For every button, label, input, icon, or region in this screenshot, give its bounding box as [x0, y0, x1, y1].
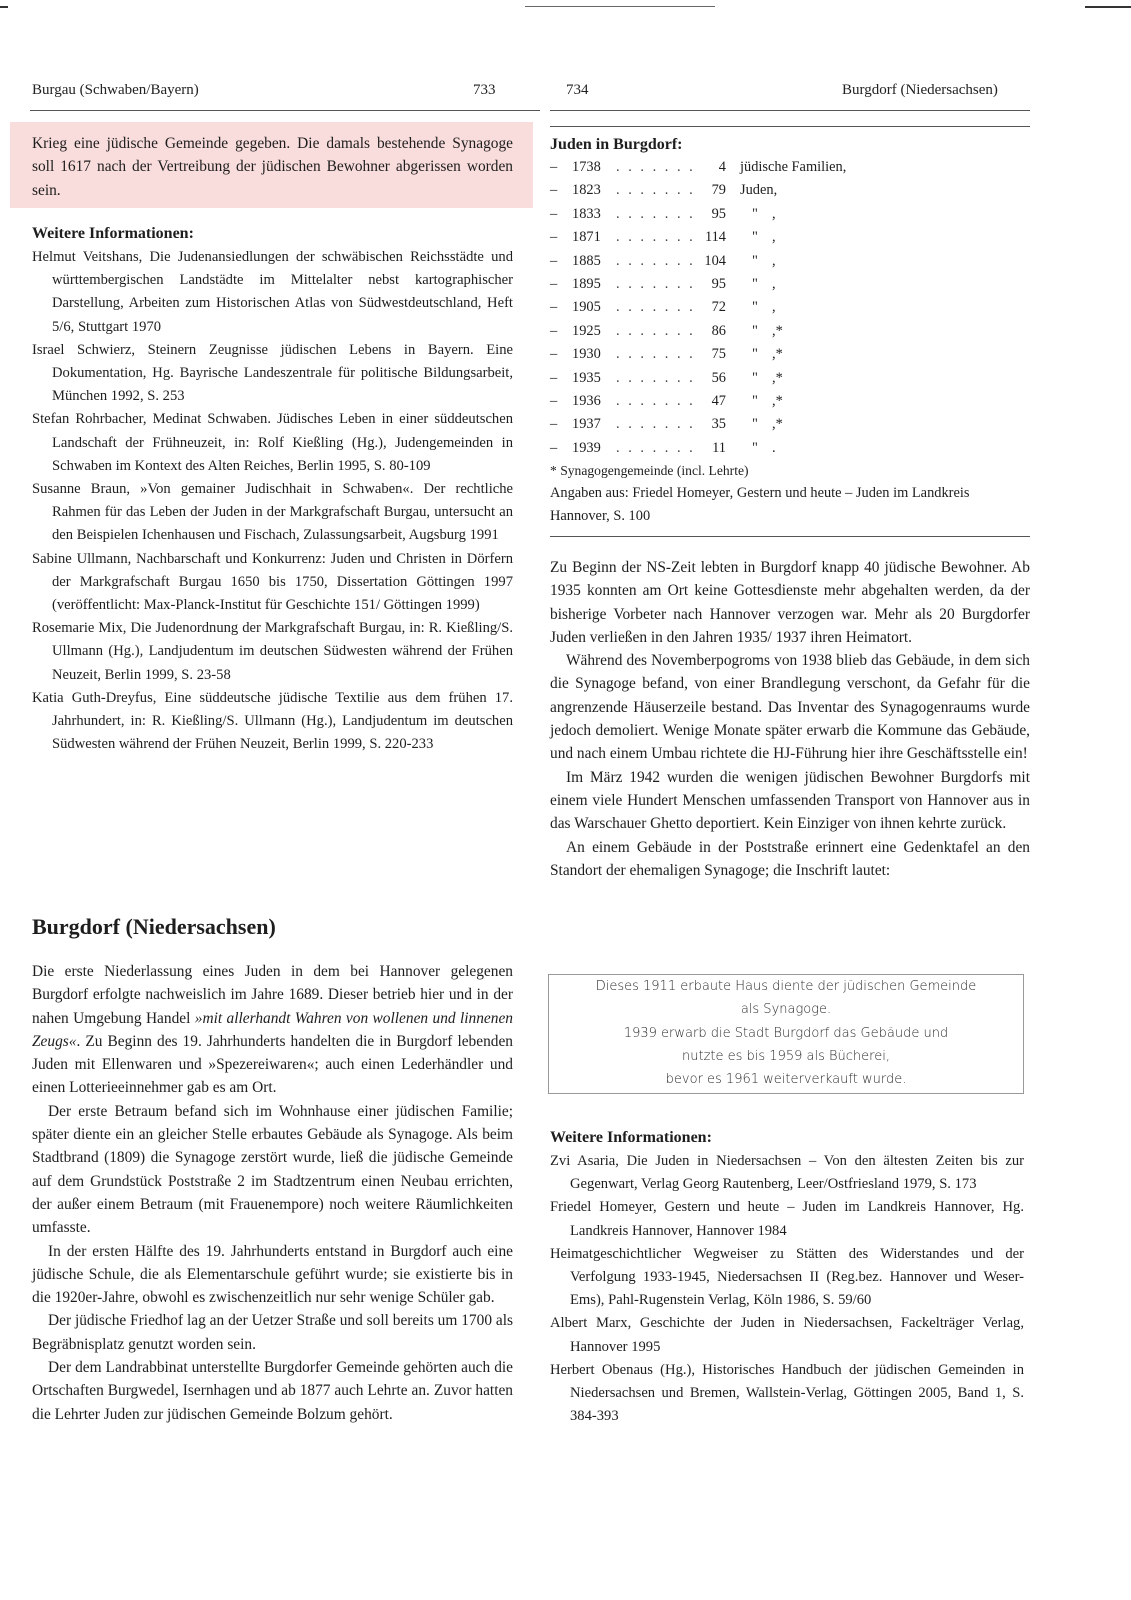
stat-year: 1930 — [572, 343, 616, 366]
stat-value: 95 — [696, 273, 726, 296]
stat-value: 72 — [696, 296, 726, 319]
stat-row: –1937. . . . . . . . . . .35",* — [550, 413, 1030, 436]
stat-mark: ,* — [772, 367, 786, 390]
body-paragraph: Zu Beginn der NS-Zeit lebten in Burgdorf… — [550, 556, 1030, 649]
stat-year: 1833 — [572, 203, 616, 226]
further-info-right: Weitere Informationen: Zvi Asaria, Die J… — [550, 1126, 1024, 1428]
reference-item: Stefan Rohrbacher, Medinat Schwaben. Jüd… — [32, 408, 513, 478]
stat-value: 75 — [696, 343, 726, 366]
leader-dots: . . . . . . . . . . . — [616, 390, 696, 413]
memorial-inscription: Dieses 1911 erbaute Haus diente der jüdi… — [548, 974, 1024, 1094]
stat-value: 114 — [696, 226, 726, 249]
body-paragraph: In der ersten Hälfte des 19. Jahrhundert… — [32, 1240, 513, 1310]
ditto-mark: " — [752, 203, 772, 226]
dash: – — [550, 296, 572, 319]
ditto-mark: " — [752, 390, 772, 413]
stat-row: –1936. . . . . . . . . . .47",* — [550, 390, 1030, 413]
stat-year: 1885 — [572, 250, 616, 273]
leader-dots: . . . . . . . . . . . — [616, 156, 696, 179]
stat-row: –1905. . . . . . . . . . .72", — [550, 296, 1030, 319]
body-paragraph: Der erste Betraum befand sich im Wohnhau… — [32, 1100, 513, 1240]
stat-row: –1823. . . . . . . . . . .79Juden, — [550, 179, 1030, 202]
body-text-left: Die erste Niederlassung eines Juden in d… — [32, 960, 513, 1426]
header-rule — [30, 110, 540, 111]
stat-year: 1738 — [572, 156, 616, 179]
ditto-mark: " — [752, 273, 772, 296]
stat-mark: , — [772, 250, 786, 273]
ditto-mark: " — [752, 320, 772, 343]
reference-item: Rosemarie Mix, Die Judenordnung der Mark… — [32, 617, 513, 687]
stat-value: 35 — [696, 413, 726, 436]
reference-item: Sabine Ullmann, Nachbarschaft und Konkur… — [32, 548, 513, 618]
stat-year: 1937 — [572, 413, 616, 436]
reference-item: Zvi Asaria, Die Juden in Niedersachsen –… — [550, 1150, 1024, 1196]
dash: – — [550, 179, 572, 202]
stat-row: –1895. . . . . . . . . . .95", — [550, 273, 1030, 296]
stat-value: 79 — [696, 179, 726, 202]
stat-mark: , — [772, 226, 786, 249]
running-head-left: Burgau (Schwaben/Bayern) — [32, 82, 199, 99]
leader-dots: . . . . . . . . . . . — [616, 296, 696, 319]
dash: – — [550, 203, 572, 226]
stat-row: –1885. . . . . . . . . . .104", — [550, 250, 1030, 273]
stat-year: 1939 — [572, 437, 616, 460]
stat-row: –1833. . . . . . . . . . .95", — [550, 203, 1030, 226]
reference-item: Helmut Veitshans, Die Judenansiedlungen … — [32, 246, 513, 339]
stat-row: –1930. . . . . . . . . . .75",* — [550, 343, 1030, 366]
ditto-mark: " — [752, 250, 772, 273]
dash: – — [550, 343, 572, 366]
stat-value: 4 — [696, 156, 726, 179]
stat-mark: ,* — [772, 413, 786, 436]
leader-dots: . . . . . . . . . . . — [616, 413, 696, 436]
population-stats: Juden in Burgdorf: –1738. . . . . . . . … — [550, 134, 1030, 529]
stat-unit: jüdische Familien, — [740, 156, 846, 179]
stat-year: 1925 — [572, 320, 616, 343]
reference-item: Herbert Obenaus (Hg.), Historisches Hand… — [550, 1359, 1024, 1429]
stat-mark: , — [772, 273, 786, 296]
leader-dots: . . . . . . . . . . . — [616, 179, 696, 202]
body-paragraph: Der jüdische Friedhof lag an der Uetzer … — [32, 1309, 513, 1356]
ditto-mark: " — [752, 296, 772, 319]
stat-year: 1935 — [572, 367, 616, 390]
stats-top-rule — [550, 126, 1030, 127]
body-paragraph: Der dem Landrabbinat unterstellte Burgdo… — [32, 1356, 513, 1426]
ditto-mark: " — [752, 226, 772, 249]
ditto-mark: " — [752, 343, 772, 366]
leader-dots: . . . . . . . . . . . — [616, 343, 696, 366]
stats-source: Angaben aus: Friedel Homeyer, Gestern un… — [550, 482, 1030, 529]
running-head-right: Burgdorf (Niedersachsen) — [842, 82, 998, 99]
stats-footnote: * Synagogengemeinde (incl. Lehrte) — [550, 460, 1030, 482]
further-info-heading: Weitere Informationen: — [32, 222, 513, 246]
leader-dots: . . . . . . . . . . . — [616, 367, 696, 390]
dash: – — [550, 156, 572, 179]
leader-dots: . . . . . . . . . . . — [616, 273, 696, 296]
stat-year: 1823 — [572, 179, 616, 202]
further-info-left: Weitere Informationen: Helmut Veitshans,… — [32, 222, 513, 756]
stat-value: 47 — [696, 390, 726, 413]
body-paragraph: Im März 1942 wurden die wenigen jüdische… — [550, 766, 1030, 836]
body-paragraph: Die erste Niederlassung eines Juden in d… — [32, 960, 513, 1100]
ditto-mark: " — [752, 367, 772, 390]
reference-item: Katia Guth-Dreyfus, Eine süddeutsche jüd… — [32, 687, 513, 757]
dash: – — [550, 437, 572, 460]
stat-row: –1939. . . . . . . . . . .11". — [550, 437, 1030, 460]
inscription-line: als Synagoge. — [549, 998, 1023, 1021]
stat-year: 1905 — [572, 296, 616, 319]
stat-year: 1936 — [572, 390, 616, 413]
stat-value: 56 — [696, 367, 726, 390]
stat-row: –1871. . . . . . . . . . .114", — [550, 226, 1030, 249]
dash: – — [550, 367, 572, 390]
highlighted-paragraph: Krieg eine jüdische Gemeinde gegeben. Di… — [32, 132, 513, 202]
leader-dots: . . . . . . . . . . . — [616, 226, 696, 249]
stat-year: 1871 — [572, 226, 616, 249]
scan-edge-mark — [1085, 6, 1131, 8]
stat-mark: . — [772, 437, 786, 460]
inscription-line: 1939 erwarb die Stadt Burgdorf das Gebäu… — [549, 1022, 1023, 1045]
leader-dots: . . . . . . . . . . . — [616, 250, 696, 273]
dash: – — [550, 390, 572, 413]
stat-unit: Juden, — [740, 179, 777, 202]
stat-row: –1738. . . . . . . . . . .4jüdische Fami… — [550, 156, 1030, 179]
body-paragraph: An einem Gebäude in der Poststraße erinn… — [550, 836, 1030, 883]
stat-row: –1935. . . . . . . . . . .56",* — [550, 367, 1030, 390]
reference-item: Susanne Braun, »Von gemainer Judischhait… — [32, 478, 513, 548]
stat-mark: , — [772, 296, 786, 319]
reference-item: Israel Schwierz, Steinern Zeugnisse jüdi… — [32, 339, 513, 409]
dash: – — [550, 250, 572, 273]
scan-edge-mark — [0, 6, 8, 8]
header-rule — [550, 110, 1030, 111]
ditto-mark: " — [752, 413, 772, 436]
reference-item: Friedel Homeyer, Gestern und heute – Jud… — [550, 1196, 1024, 1242]
stat-value: 86 — [696, 320, 726, 343]
dash: – — [550, 226, 572, 249]
reference-item: Albert Marx, Geschichte der Juden in Nie… — [550, 1312, 1024, 1358]
inscription-line: nutzte es bis 1959 als Bücherei, — [549, 1045, 1023, 1068]
stat-mark: ,* — [772, 320, 786, 343]
inscription-line: bevor es 1961 weiterverkauft wurde. — [549, 1068, 1023, 1091]
page-number-right: 734 — [566, 82, 589, 99]
stats-title: Juden in Burgdorf: — [550, 134, 1030, 156]
dash: – — [550, 273, 572, 296]
stat-mark: ,* — [772, 343, 786, 366]
stat-value: 95 — [696, 203, 726, 226]
dash: – — [550, 413, 572, 436]
reference-item: Heimatgeschichtlicher Wegweiser zu Stätt… — [550, 1243, 1024, 1313]
body-text-right: Zu Beginn der NS-Zeit lebten in Burgdorf… — [550, 556, 1030, 882]
stat-year: 1895 — [572, 273, 616, 296]
page-number-left: 733 — [473, 82, 496, 99]
stat-value: 104 — [696, 250, 726, 273]
inscription-line: Dieses 1911 erbaute Haus diente der jüdi… — [549, 975, 1023, 998]
further-info-heading: Weitere Informationen: — [550, 1126, 1024, 1150]
leader-dots: . . . . . . . . . . . — [616, 320, 696, 343]
scan-edge-mark — [525, 6, 715, 7]
body-paragraph: Während des Novemberpogroms von 1938 bli… — [550, 649, 1030, 765]
stat-value: 11 — [696, 437, 726, 460]
stats-bottom-rule — [550, 536, 1030, 537]
dash: – — [550, 320, 572, 343]
stat-row: –1925. . . . . . . . . . .86",* — [550, 320, 1030, 343]
section-title: Burgdorf (Niedersachsen) — [32, 912, 513, 942]
stat-mark: , — [772, 203, 786, 226]
leader-dots: . . . . . . . . . . . — [616, 437, 696, 460]
stat-mark: ,* — [772, 390, 786, 413]
leader-dots: . . . . . . . . . . . — [616, 203, 696, 226]
ditto-mark: " — [752, 437, 772, 460]
